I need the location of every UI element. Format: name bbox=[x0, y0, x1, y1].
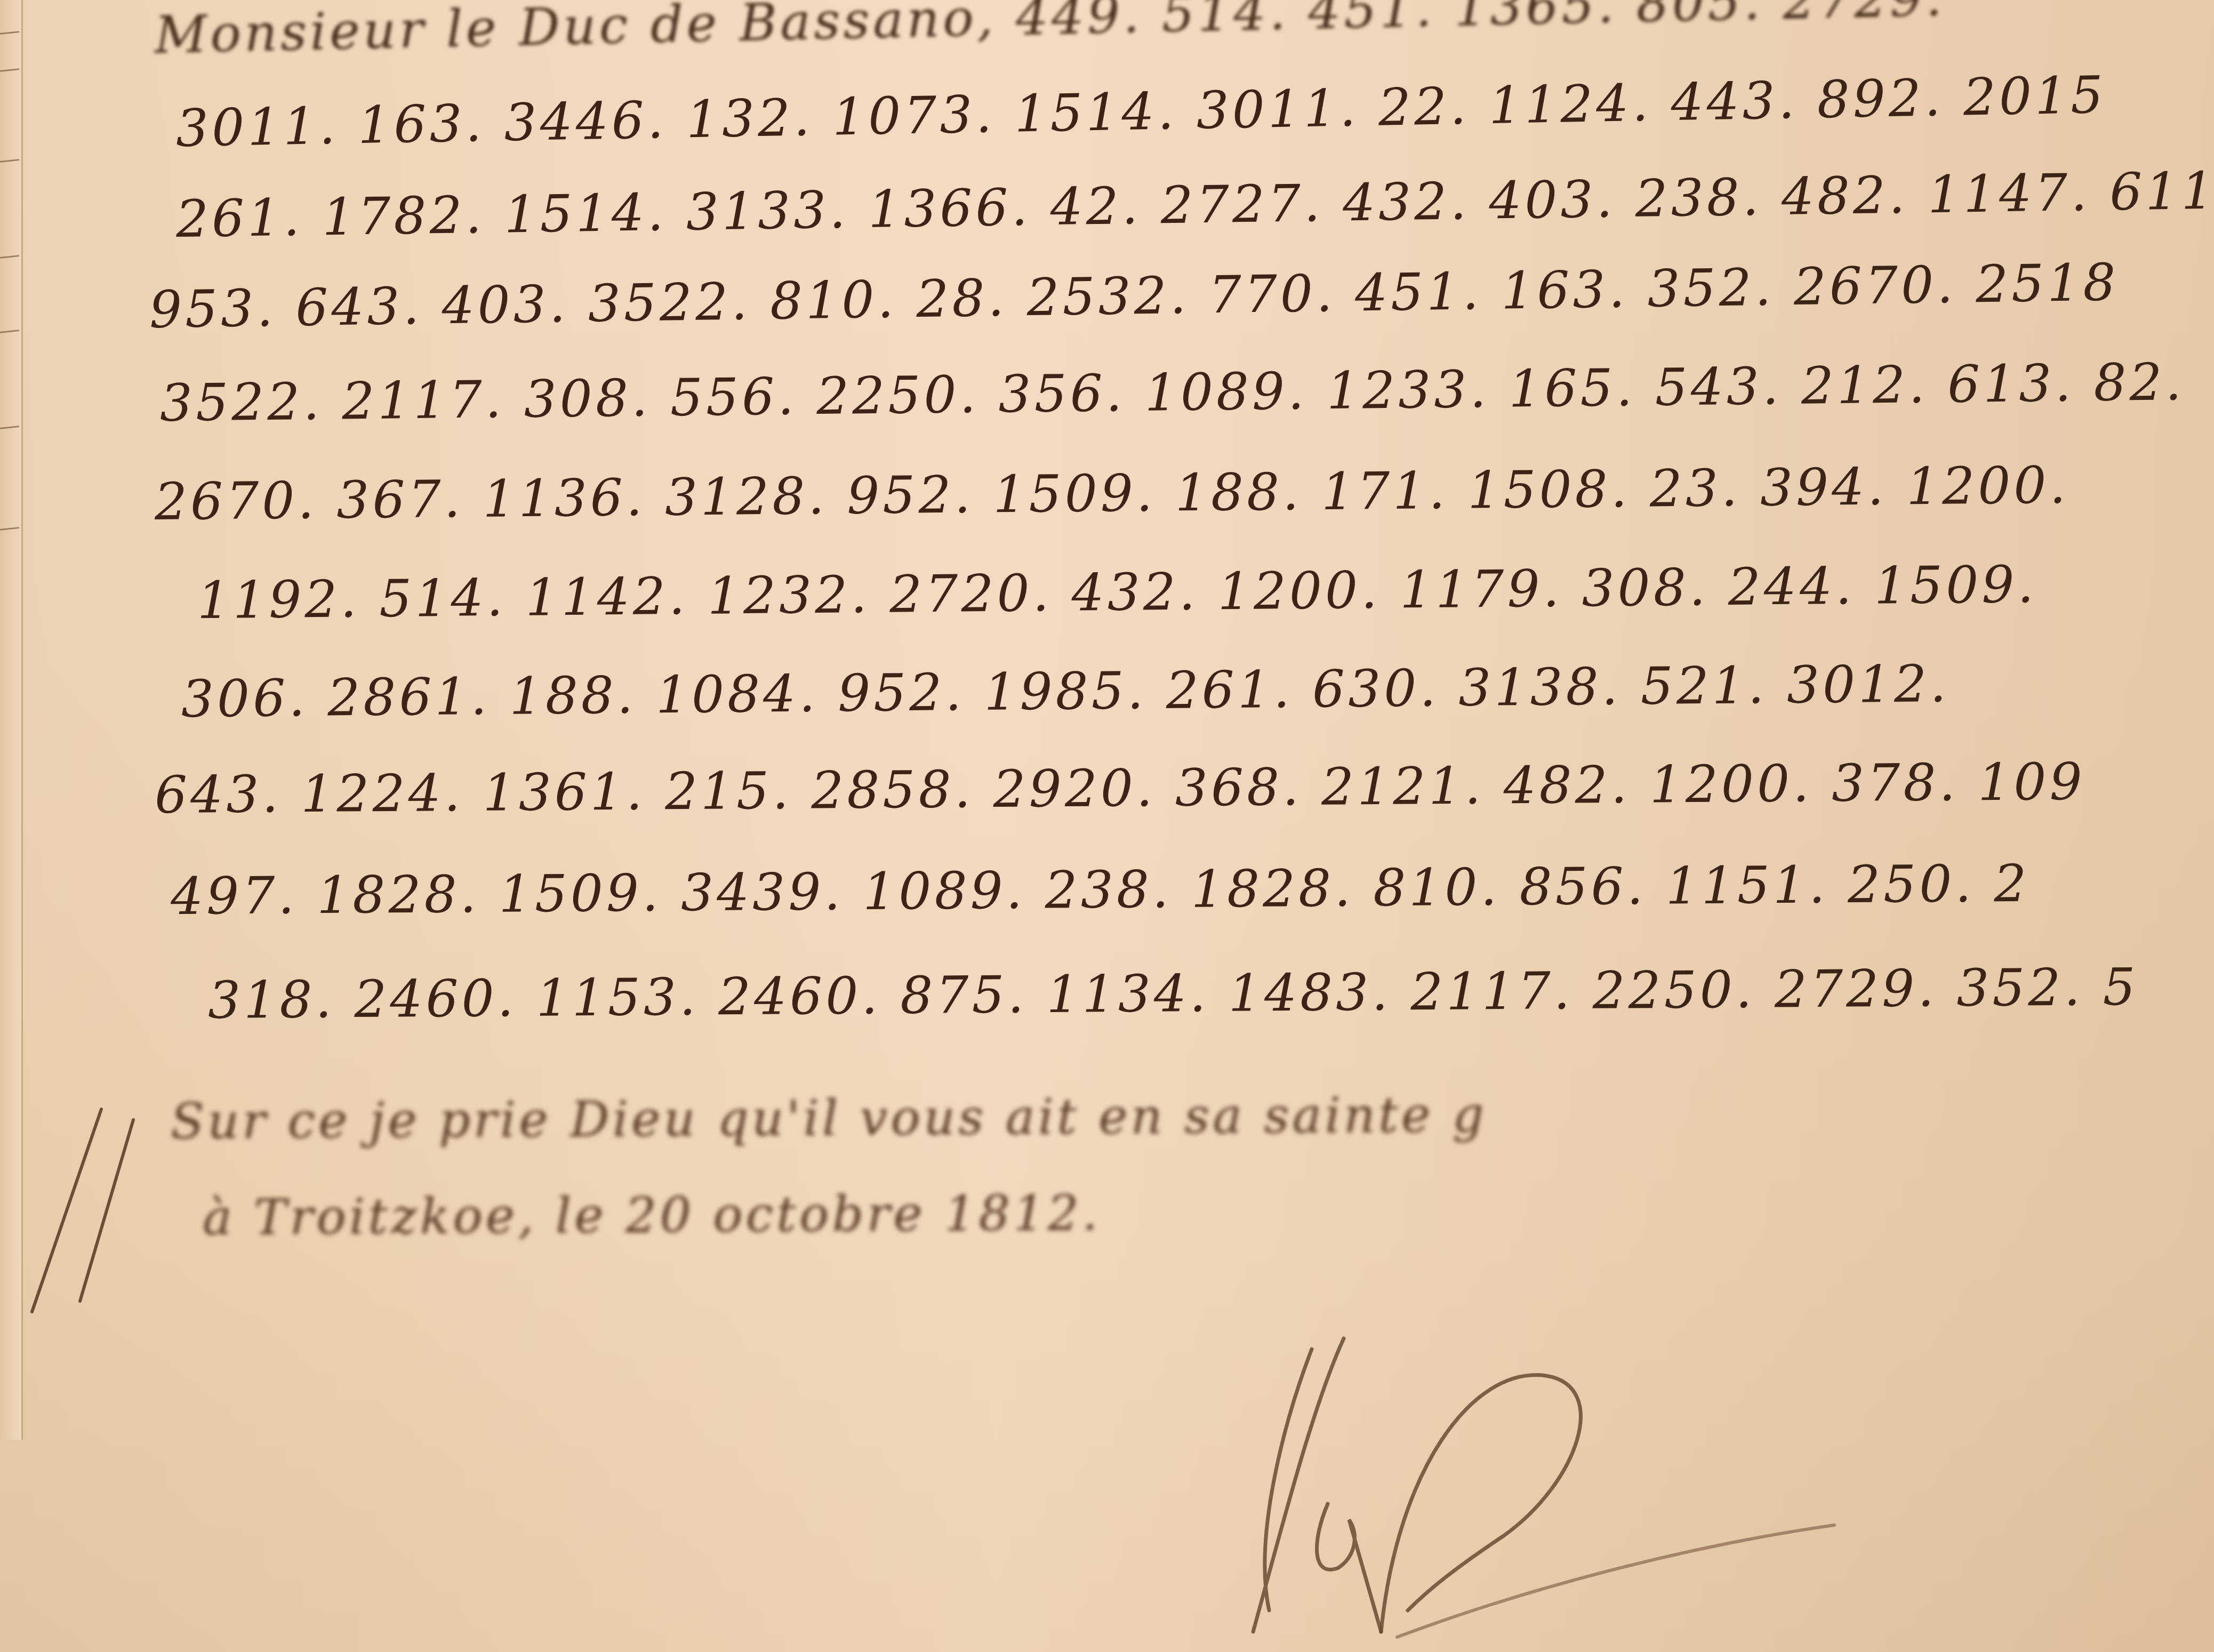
margin-stroke-marks bbox=[0, 1098, 171, 1322]
ink-mark bbox=[0, 255, 19, 259]
ink-mark bbox=[0, 527, 19, 531]
ink-mark bbox=[0, 31, 19, 35]
ink-mark bbox=[0, 330, 19, 333]
closing-line: Sur ce je prie Dieu qu'il vous ait en sa… bbox=[171, 1086, 1487, 1150]
ink-mark bbox=[0, 426, 19, 429]
date-place-line: à Troitzkoe, le 20 octobre 1812. bbox=[203, 1184, 1101, 1246]
ink-mark bbox=[0, 159, 19, 163]
signature bbox=[1205, 1312, 1845, 1642]
paper-background bbox=[0, 0, 2214, 1652]
ink-mark bbox=[0, 68, 19, 72]
